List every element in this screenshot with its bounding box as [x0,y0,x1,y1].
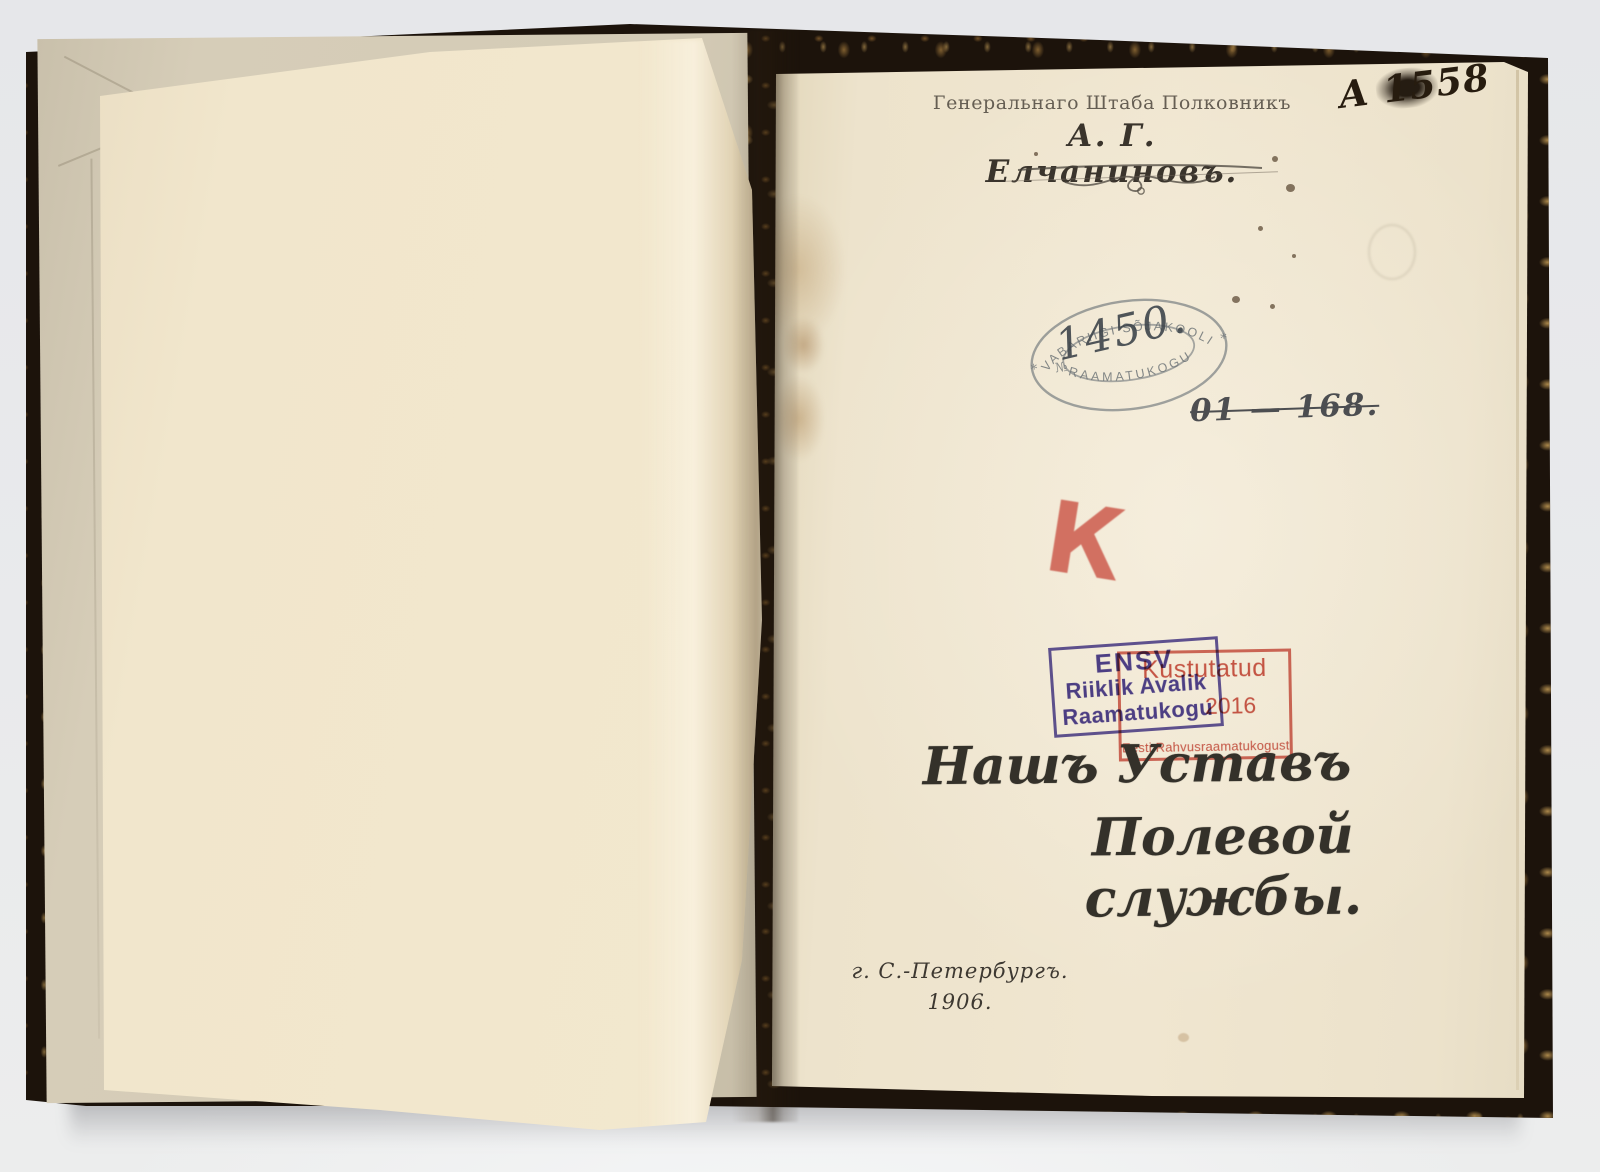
ink-speck [1258,226,1263,231]
oval-stamp-left-star: * [1030,362,1039,378]
page-block-edge [1516,70,1519,1090]
small-stain [1178,1033,1189,1042]
imprint-year: 1906. [850,987,1070,1018]
blue-library-stamp: ENSV Riiklik Avalik Raamatukogu [1048,636,1224,738]
gutter-shadow [732,30,798,1122]
ink-speck [1286,184,1295,192]
ink-speck [1034,152,1038,156]
oval-stamp-right-star: * [1220,331,1229,347]
ink-speck [1232,296,1240,303]
book-photo: Генеральнаго Штаба Полковникъ А. Г. Елча… [0,0,1600,1172]
ink-speck [1272,156,1278,162]
red-crayon-mark: К [1038,481,1132,605]
book-title-line2: Полевой службы. [987,804,1458,931]
imprint-city: г. С.-Петербургъ. [850,956,1070,987]
ink-speck [1270,304,1275,309]
imprint: г. С.-Петербургъ. 1906. [850,956,1070,1018]
faint-ring-stain [1368,224,1416,280]
endpaper-crease [90,159,100,1039]
title-page: Генеральнаго Штаба Полковникъ А. Г. Елча… [772,56,1528,1100]
ink-speck [1292,254,1296,258]
author-rank-line: Генеральнаго Штаба Полковникъ [912,92,1312,114]
handwritten-accession-number: 01 — 168. [1189,387,1379,430]
book-title-line1: Нашъ Уставъ [922,732,1353,797]
